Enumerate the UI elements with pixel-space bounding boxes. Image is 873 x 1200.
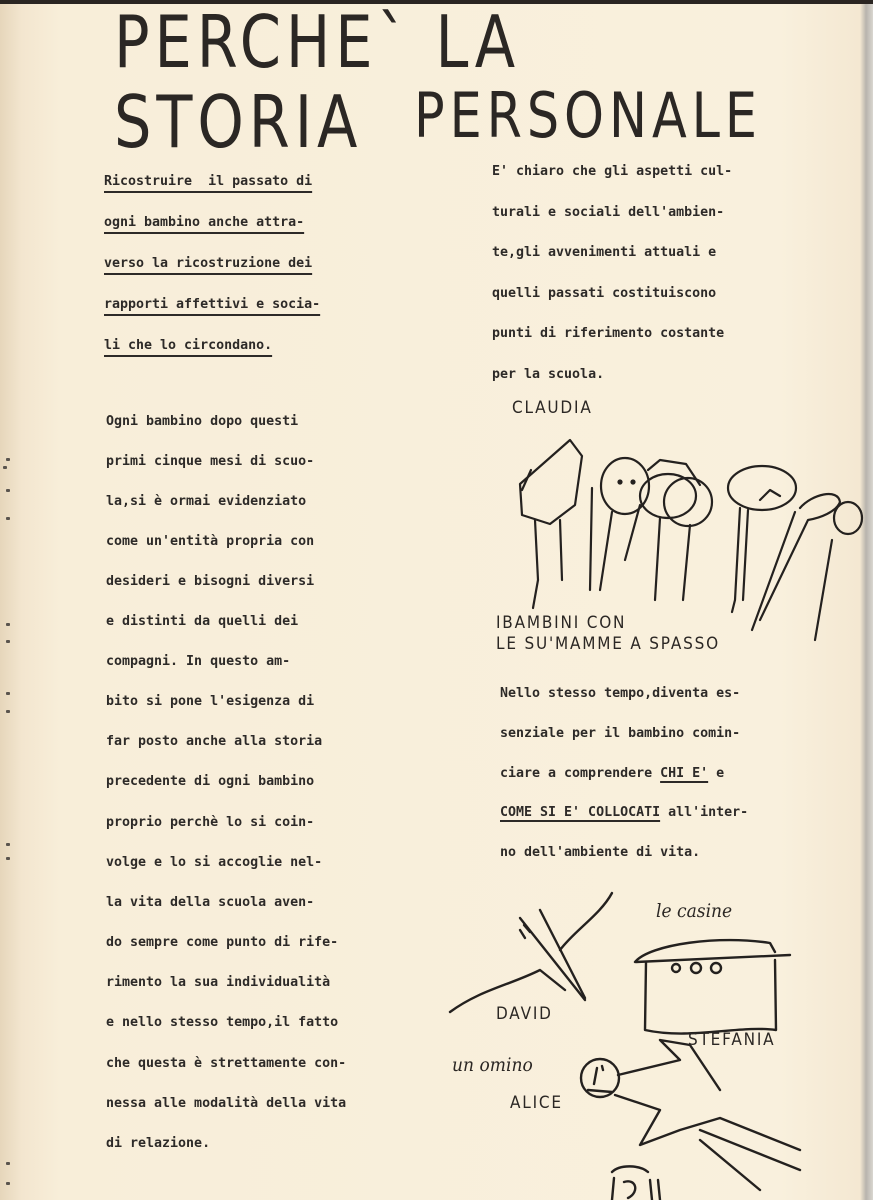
- drawing-label-omino: un omino: [452, 1054, 533, 1076]
- drawing-label-alice: ALICE: [510, 1093, 563, 1113]
- child-drawing-houses-and-figures: [0, 0, 873, 1200]
- drawing-label-stefania: STEFANIA: [688, 1030, 775, 1050]
- drawing-label-david: DAVID: [496, 1004, 553, 1024]
- drawing-label-houses: le casine: [656, 900, 732, 922]
- scanned-page: PERCHE` LA STORIA PERSONALE Ricostruire …: [0, 0, 873, 1200]
